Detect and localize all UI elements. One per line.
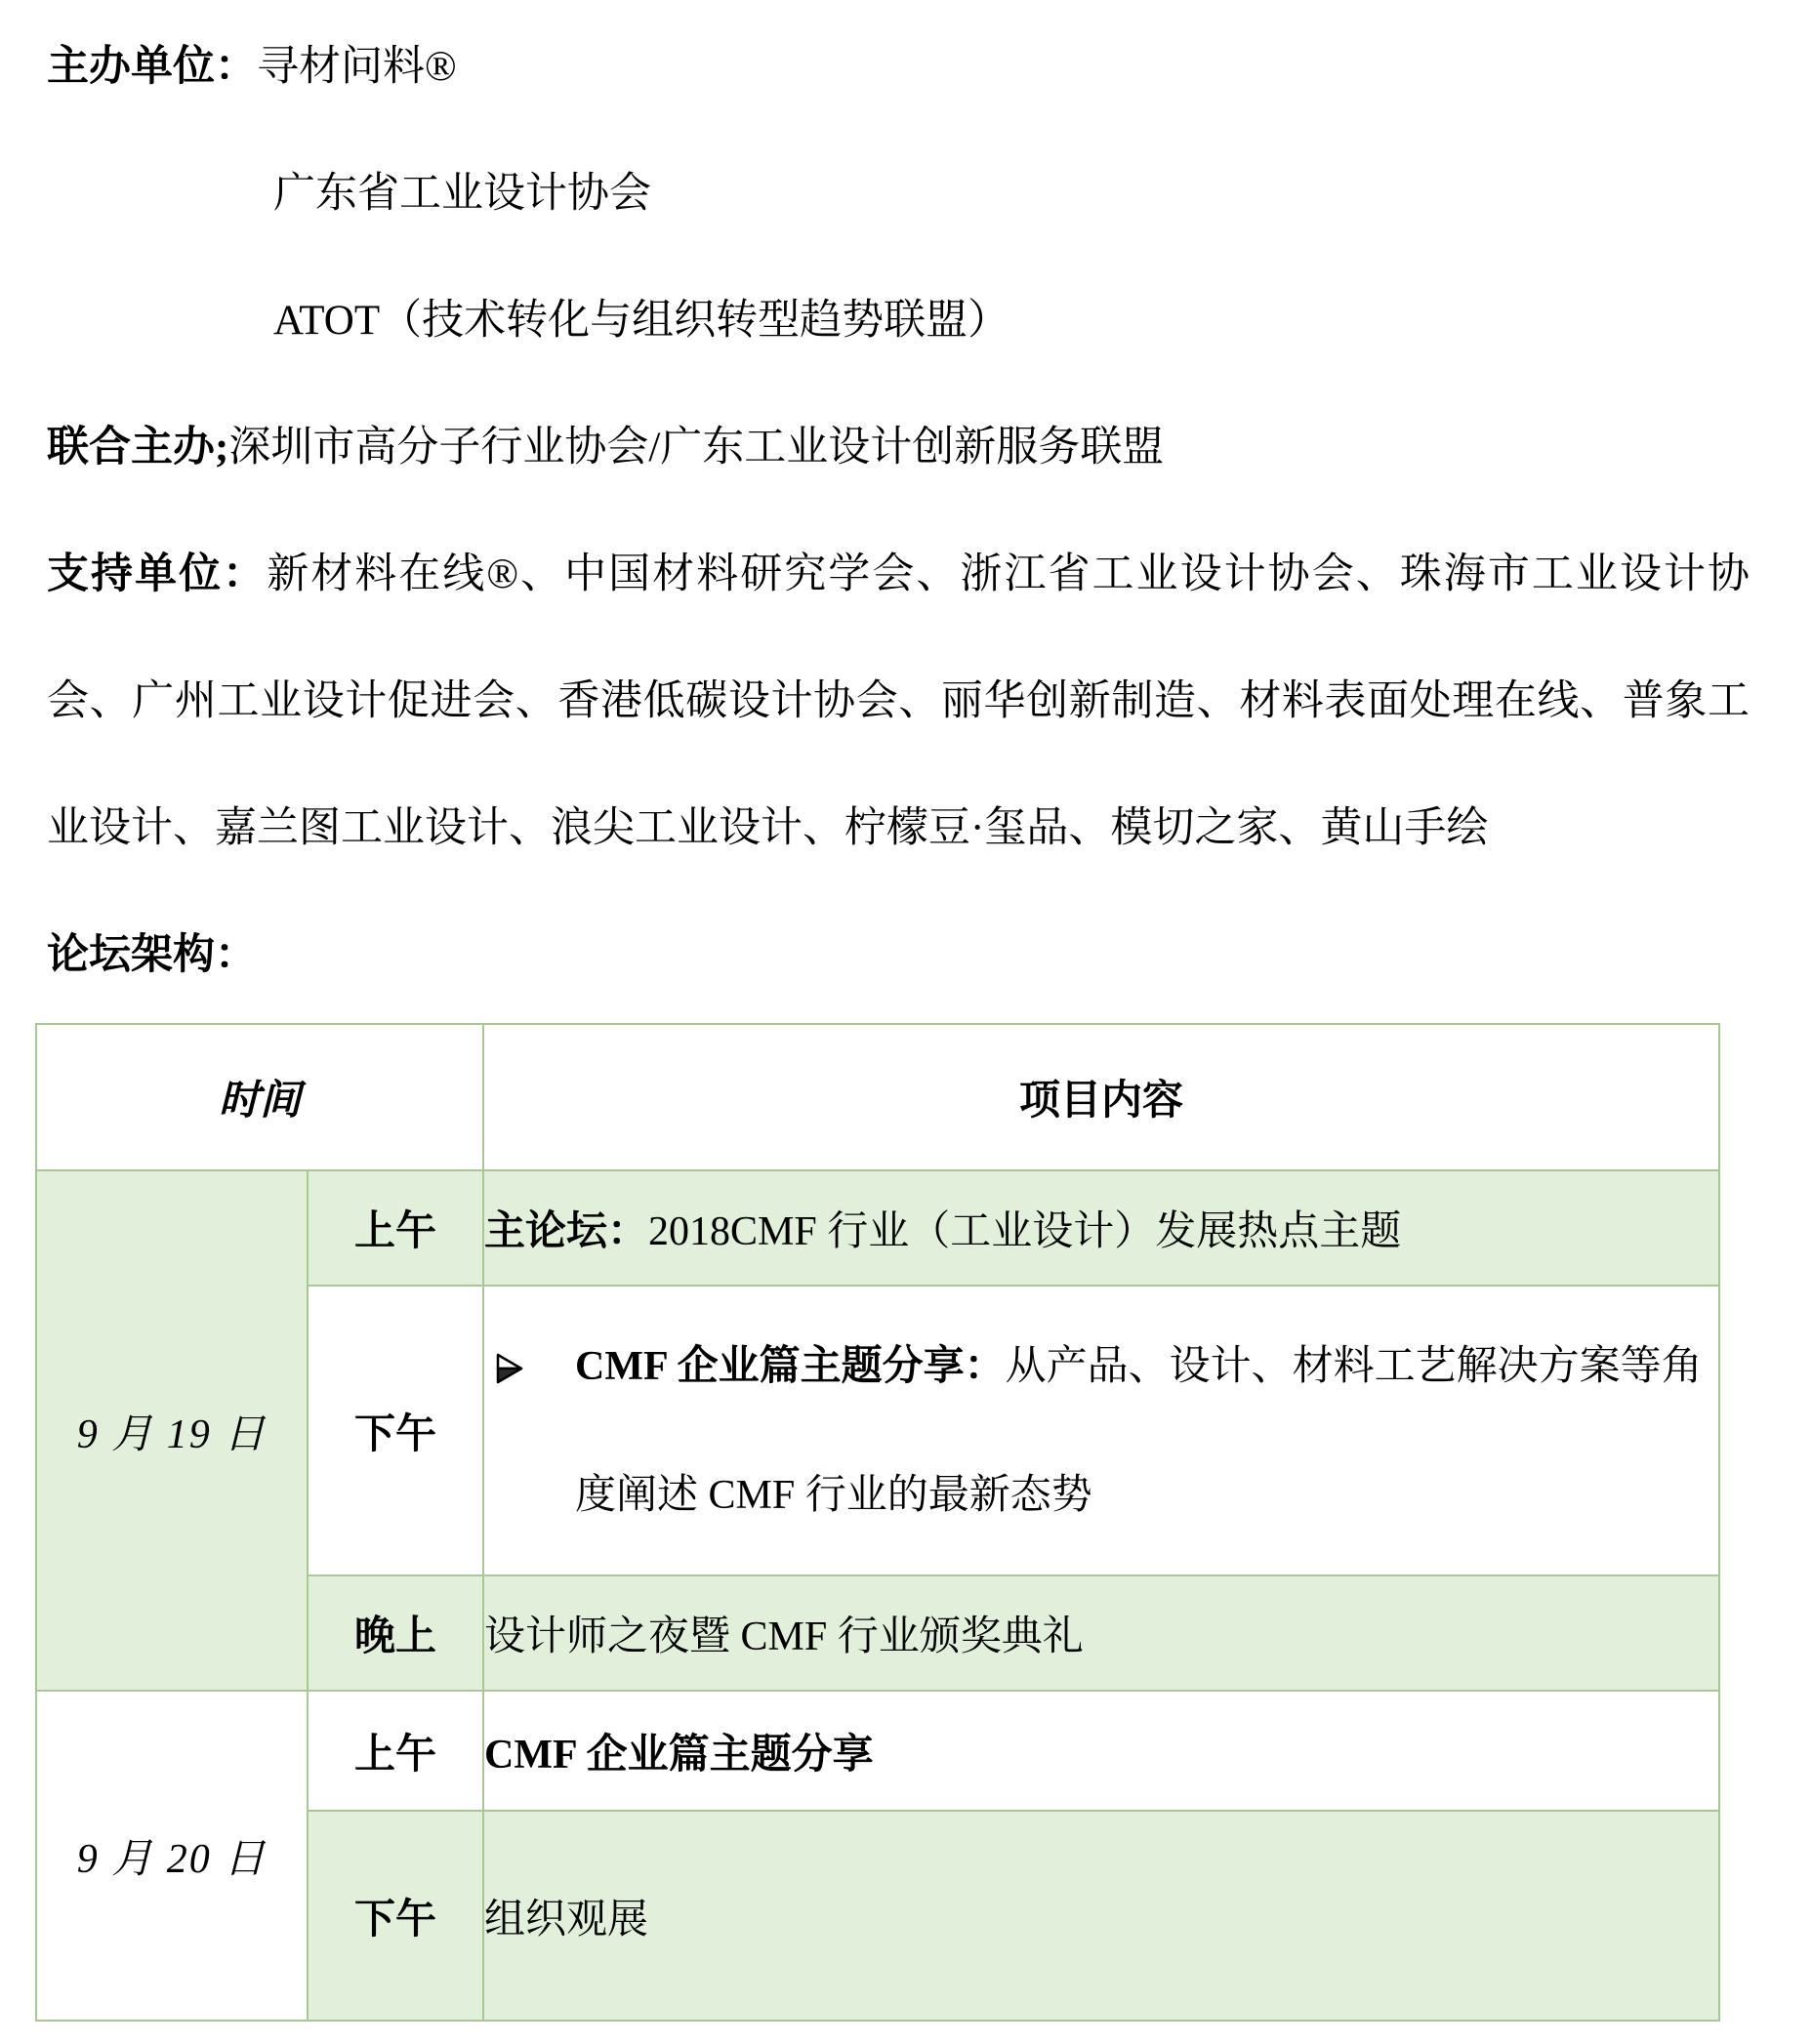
day1-afternoon-content-text-block: CMF 企业篇主题分享：从产品、设计、材料工艺解决方案等角度阐述 CMF 行业的…	[575, 1302, 1718, 1560]
forum-structure-heading: 论坛架构：	[47, 892, 1750, 1019]
co-organizer-value: 深圳市高分子行业协会/广东工业设计创新服务联盟	[228, 425, 1164, 470]
document-header-text: 主办单位：寻材问料® 广东省工业设计协会 ATOT（技术转化与组织转型趋势联盟）…	[0, 0, 1812, 1019]
day2-afternoon-slot-cell: 下午	[308, 1811, 483, 2021]
day1-afternoon-content-cell: CMF 企业篇主题分享：从产品、设计、材料工艺解决方案等角度阐述 CMF 行业的…	[483, 1286, 1719, 1575]
co-organizer-label: 联合主办;	[47, 425, 228, 470]
supporters-line: 支持单位：新材料在线®、中国材料研究学会、浙江省工业设计协会、珠海市工业设计协会…	[47, 511, 1750, 892]
organizer-line-3: ATOT（技术转化与组织转型趋势联盟）	[47, 258, 1750, 385]
day2-morning-content-cell: CMF 企业篇主题分享	[483, 1691, 1719, 1811]
supporters-value: 新材料在线®、中国材料研究学会、浙江省工业设计协会、珠海市工业设计协会、广州工业…	[47, 552, 1750, 851]
arrow-bullet-icon	[495, 1349, 524, 1396]
day2-morning-slot-cell: 上午	[308, 1691, 483, 1811]
day1-morning-slot-cell: 上午	[308, 1170, 483, 1286]
day1-afternoon-content-label: CMF 企业篇主题分享：	[575, 1344, 1006, 1389]
day1-morning-content-text: 2018CMF 行业（工业设计）发展热点主题	[648, 1209, 1401, 1254]
day2-morning-row: 9 月 20 日 上午 CMF 企业篇主题分享	[36, 1691, 1719, 1811]
day2-afternoon-content-cell: 组织观展	[483, 1811, 1719, 2021]
table-header-row: 时间 项目内容	[36, 1024, 1719, 1170]
day1-evening-content-cell: 设计师之夜暨 CMF 行业颁奖典礼	[483, 1575, 1719, 1691]
co-organizer-line: 联合主办;深圳市高分子行业协会/广东工业设计创新服务联盟	[47, 385, 1750, 511]
organizer-line: 主办单位：寻材问料®	[47, 4, 1750, 131]
day1-morning-content-cell: 主论坛：2018CMF 行业（工业设计）发展热点主题	[483, 1170, 1719, 1286]
day1-morning-row: 9 月 19 日 上午 主论坛：2018CMF 行业（工业设计）发展热点主题	[36, 1170, 1719, 1286]
bullet-paragraph: CMF 企业篇主题分享：从产品、设计、材料工艺解决方案等角度阐述 CMF 行业的…	[484, 1302, 1718, 1560]
content-header-cell: 项目内容	[483, 1024, 1719, 1170]
day1-date-cell: 9 月 19 日	[36, 1170, 308, 1691]
day2-date-cell: 9 月 20 日	[36, 1691, 308, 2021]
time-header-cell: 时间	[36, 1024, 483, 1170]
supporters-label: 支持单位：	[47, 552, 267, 597]
day1-morning-content-label: 主论坛：	[484, 1209, 648, 1254]
organizer-value: 寻材问料®	[257, 44, 457, 90]
day1-afternoon-slot-cell: 下午	[308, 1286, 483, 1575]
forum-structure-label: 论坛架构：	[47, 932, 257, 978]
day1-evening-slot-cell: 晚上	[308, 1575, 483, 1691]
document-page: 主办单位：寻材问料® 广东省工业设计协会 ATOT（技术转化与组织转型趋势联盟）…	[0, 0, 1812, 2044]
schedule-table: 时间 项目内容 9 月 19 日 上午 主论坛：2018CMF 行业（工业设计）…	[35, 1023, 1720, 2022]
organizer-line-2: 广东省工业设计协会	[47, 131, 1750, 258]
organizer-label: 主办单位：	[47, 44, 257, 90]
